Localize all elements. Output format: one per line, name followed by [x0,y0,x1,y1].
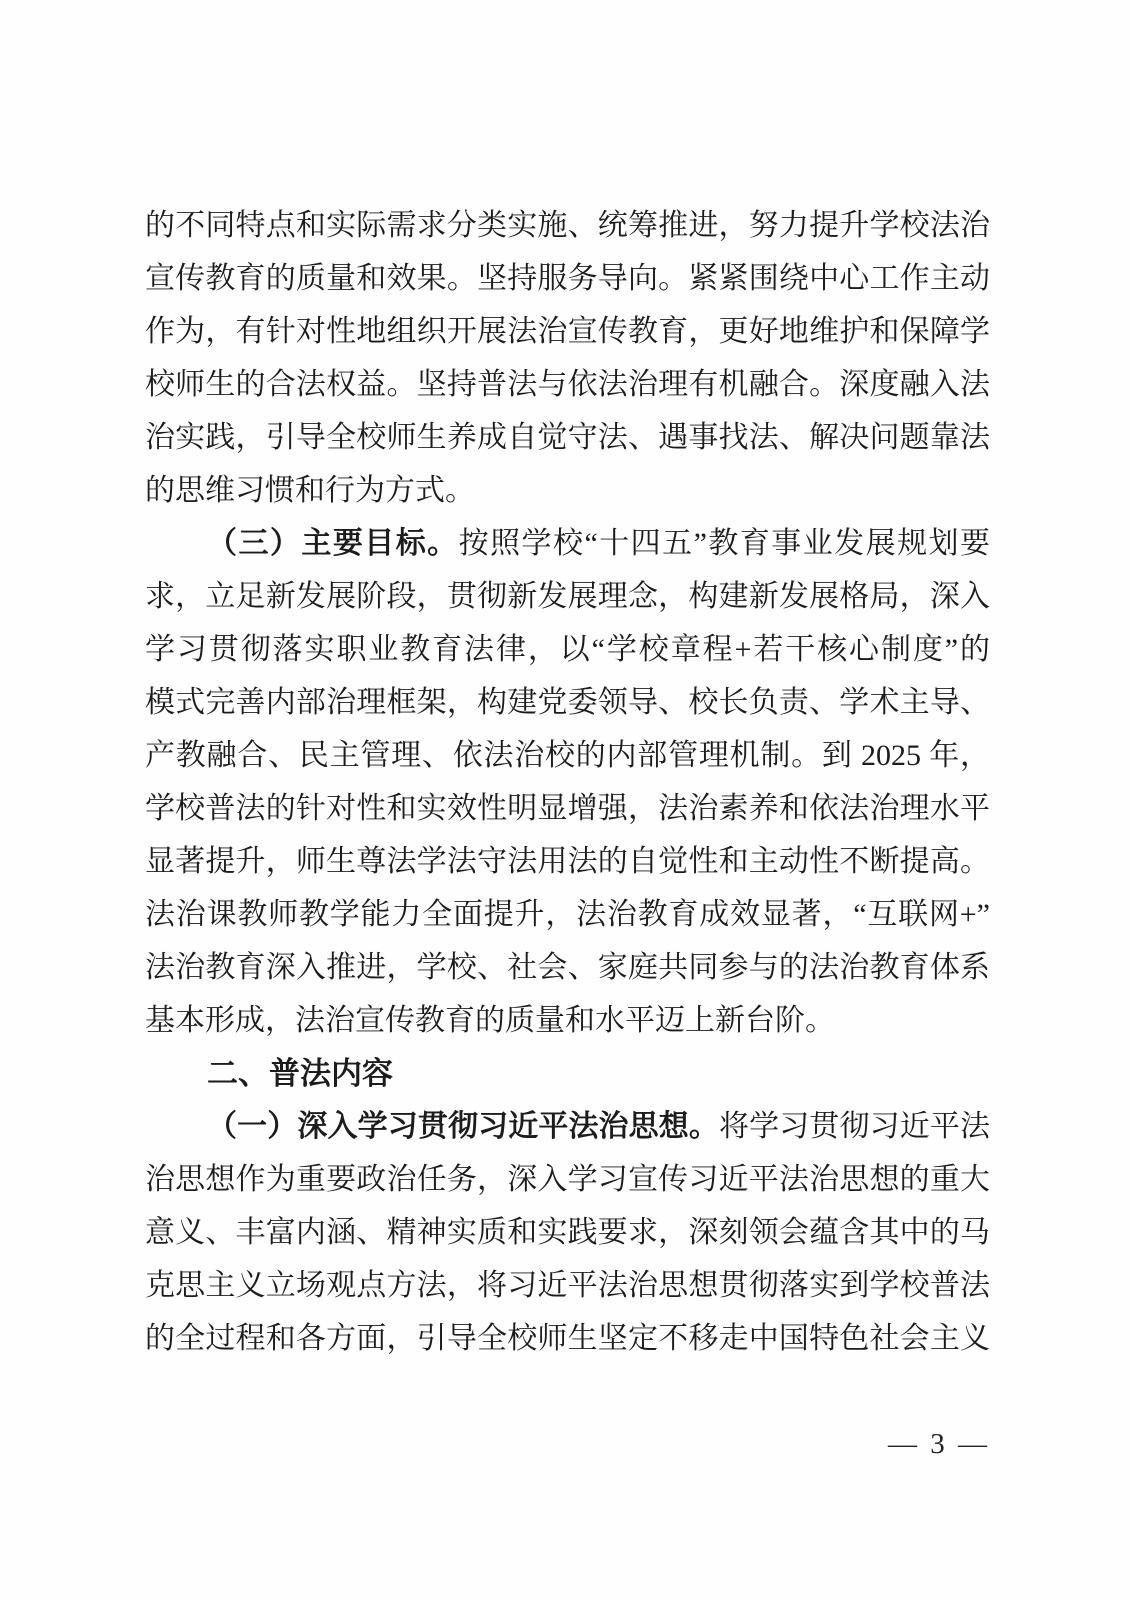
text-line: 法治教育深入推进，学校、社会、家庭共同参与的法治教育体系 [145,941,990,994]
document-page: 的不同特点和实际需求分类实施、统筹推进，努力提升学校法治宣传教育的质量和效果。坚… [0,0,1130,1600]
text-line: （三）主要目标。按照学校“十四五”教育事业发展规划要 [145,517,990,570]
text-line: 学习贯彻落实职业教育法律，以“学校章程+若干核心制度”的 [145,623,990,676]
paragraph-lead-bold: （一）深入学习贯彻习近平法治思想。 [207,1110,719,1143]
text-line: 治实践，引导全校师生养成自觉守法、遇事找法、解决问题靠法 [145,411,990,464]
text-line: 产教融合、民主管理、依法治校的内部管理机制。到 2025 年， [145,729,990,782]
document-body: 的不同特点和实际需求分类实施、统筹推进，努力提升学校法治宣传教育的质量和效果。坚… [145,199,990,1365]
text-line: 的全过程和各方面，引导全校师生坚定不移走中国特色社会主义 [145,1312,990,1365]
text-line: 法治课教师教学能力全面提升，法治教育成效显著，“互联网+” [145,888,990,941]
text-line: 治思想作为重要政治任务，深入学习宣传习近平法治思想的重大 [145,1153,990,1206]
text-line: 求，立足新发展阶段，贯彻新发展理念，构建新发展格局，深入 [145,570,990,623]
text-line: 模式完善内部治理框架，构建党委领导、校长负责、学术主导、 [145,676,990,729]
text-line: 宣传教育的质量和效果。坚持服务导向。紧紧围绕中心工作主动 [145,252,990,305]
text-line: 校师生的合法权益。坚持普法与依法治理有机融合。深度融入法 [145,358,990,411]
text-line: （一）深入学习贯彻习近平法治思想。将学习贯彻习近平法 [145,1100,990,1153]
text-line: 基本形成，法治宣传教育的质量和水平迈上新台阶。 [145,994,990,1047]
text-line: 意义、丰富内涵、精神实质和实践要求，深刻领会蕴含其中的马 [145,1206,990,1259]
text-line: 作为，有针对性地组织开展法治宣传教育，更好地维护和保障学 [145,305,990,358]
section-heading: 二、普法内容 [145,1047,990,1100]
text-line: 学校普法的针对性和实效性明显增强，法治素养和依法治理水平 [145,782,990,835]
text-line: 的不同特点和实际需求分类实施、统筹推进，努力提升学校法治 [145,199,990,252]
text-line: 克思主义立场观点方法，将习近平法治思想贯彻落实到学校普法 [145,1259,990,1312]
text-line: 的思维习惯和行为方式。 [145,464,990,517]
page-number: — 3 — [888,1424,990,1464]
paragraph-lead-bold: （三）主要目标。 [207,527,459,560]
text-line: 显著提升，师生尊法学法守法用法的自觉性和主动性不断提高。 [145,835,990,888]
